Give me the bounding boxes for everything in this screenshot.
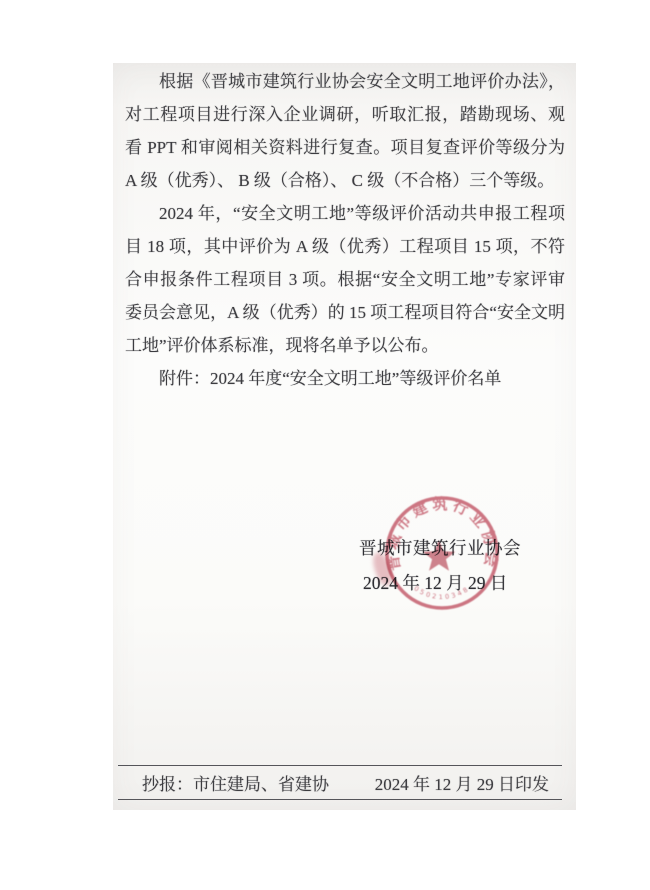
scanned-document-page: { "document": { "paragraphs": [ "根据《晋城市建… xyxy=(0,0,650,890)
footer-copy-to: 抄报：市住建局、省建协 xyxy=(142,770,329,795)
document-page: 根据《晋城市建筑行业协会安全文明工地评价办法》，对工程项目进行深入企业调研，听取… xyxy=(113,63,576,810)
footer-print-date: 2024 年 12 月 29 日印发 xyxy=(375,770,549,795)
seal-star-icon xyxy=(423,540,455,571)
paragraph-evaluation-results: 2024 年，“安全文明工地”等级评价活动共申报工程项目 18 项，其中评价为 … xyxy=(125,197,565,362)
document-body: 根据《晋城市建筑行业协会安全文明工地评价办法》，对工程项目进行深入企业调研，听取… xyxy=(125,65,565,395)
paragraph-review-method: 根据《晋城市建筑行业协会安全文明工地评价办法》，对工程项目进行深入企业调研，听取… xyxy=(125,65,565,197)
official-seal-stamp: 晋城市建筑行业协会 1405021034893 xyxy=(367,478,517,628)
paragraph-attachment: 附件：2024 年度“安全文明工地”等级评价名单 xyxy=(125,362,565,395)
footer-imprint-bar: 抄报：市住建局、省建协 2024 年 12 月 29 日印发 xyxy=(118,765,562,800)
